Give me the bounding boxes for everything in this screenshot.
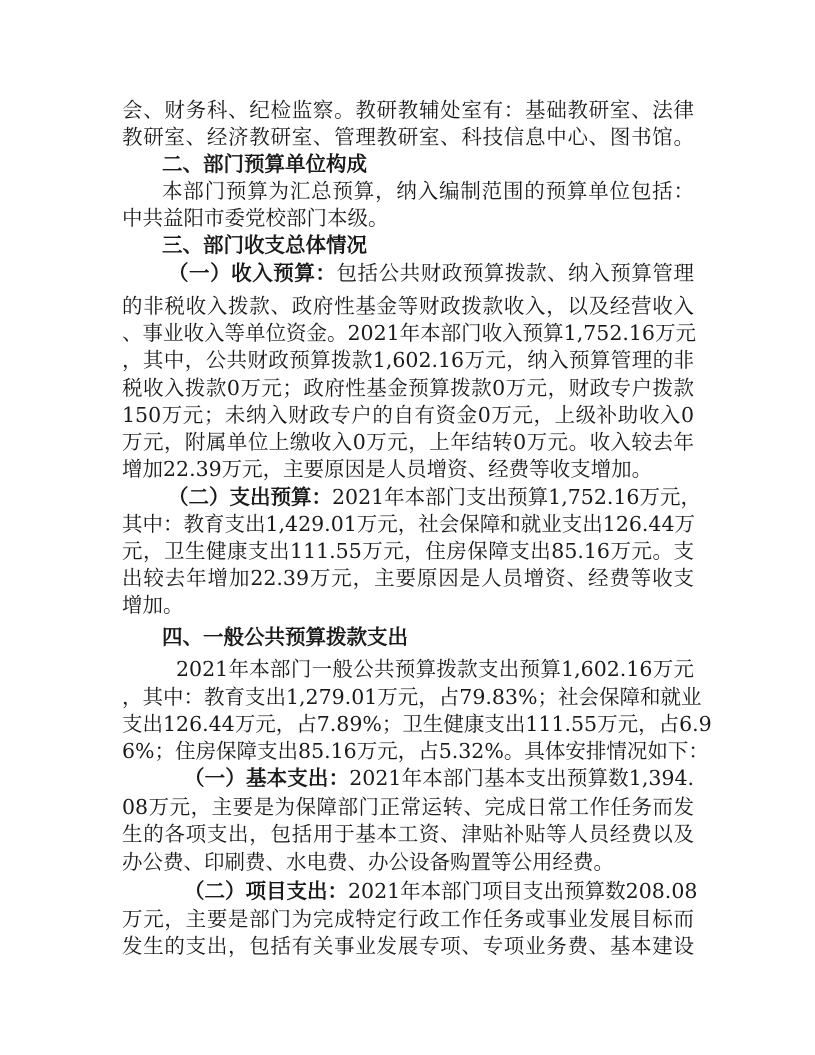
body-text-line: 本部门预算为汇总预算，纳入编制范围的预算单位包括：: [162, 178, 694, 205]
body-text-line: 教研室、经济教研室、管理教研室、科技信息中心、图书馆。: [122, 124, 694, 151]
paragraph-project-expenditure: （二）项目支出：2021年本部门项目支出预算数208.08: [184, 878, 694, 905]
subheading-basic-expenditure: （一）基本支出：: [184, 766, 349, 790]
body-text-line: 中共益阳市委党校部门本级。: [122, 205, 694, 232]
body-text-line: 万元，附属单位上缴收入0万元，上年结转0万元。收入较去年: [122, 429, 694, 456]
body-text: 2021年本部门支出预算1,752.16万元，: [332, 485, 701, 509]
document-page: 会、财务科、纪检监察。教研教辅处室有：基础教研室、法律 教研室、经济教研室、管理…: [0, 0, 815, 1055]
body-text-line: 6%；住房保障支出85.16万元，占5.32%。具体安排情况如下：: [122, 738, 694, 765]
paragraph-expenditure-budget: （二）支出预算：2021年本部门支出预算1,752.16万元，: [168, 484, 694, 511]
body-text-line: 增加。: [122, 592, 694, 619]
section-heading-2: 二、部门预算单位构成: [162, 151, 694, 178]
section-heading-3: 三、部门收支总体情况: [162, 232, 694, 259]
body-text-line: 出较去年增加22.39万元，主要原因是人员增资、经费等收支: [122, 565, 694, 592]
body-text-line: ，其中，公共财政预算拨款1,602.16万元，纳入预算管理的非: [122, 347, 694, 374]
body-text-line: 2021年本部门一般公共预算拨款支出预算1,602.16万元: [176, 656, 694, 683]
body-text-line: 、事业收入等单位资金。2021年本部门收入预算1,752.16万元: [122, 320, 694, 347]
body-text-line: 会、财务科、纪检监察。教研教辅处室有：基础教研室、法律: [122, 97, 694, 124]
body-text-line: 150万元；未纳入财政专户的自有资金0万元，上级补助收入0: [122, 402, 694, 429]
body-text-line: 元，卫生健康支出111.55万元，住房保障支出85.16万元。支: [122, 538, 694, 565]
body-text-line: 办公费、印刷费、水电费、办公设备购置等公用经费。: [122, 849, 694, 876]
body-text: 包括公共财政预算拨款、纳入预算管理: [337, 261, 695, 285]
body-text-line: 支出126.44万元，占7.89%；卫生健康支出111.55万元，占6.9: [122, 711, 694, 738]
body-text-line: ，其中：教育支出1,279.01万元，占79.83%；社会保障和就业: [122, 684, 694, 711]
subheading-project-expenditure: （二）项目支出：: [184, 879, 348, 903]
body-text-line: 其中：教育支出1,429.01万元，社会保障和就业支出126.44万: [122, 511, 694, 538]
body-text-line: 发生的支出，包括有关事业发展专项、专项业务费、基本建设: [122, 933, 694, 960]
body-text: 2021年本部门基本支出预算数1,394.: [349, 766, 694, 790]
body-text-line: 万元，主要是部门为完成特定行政工作任务或事业发展目标而: [122, 906, 694, 933]
body-text-line: 生的各项支出，包括用于基本工资、津贴补贴等人员经费以及: [122, 821, 694, 848]
paragraph-income-budget: （一）收入预算：包括公共财政预算拨款、纳入预算管理: [168, 260, 694, 287]
body-text-line: 的非税收入拨款、政府性基金等财政拨款收入，以及经营收入: [122, 293, 694, 320]
paragraph-basic-expenditure: （一）基本支出：2021年本部门基本支出预算数1,394.: [184, 765, 694, 792]
subheading-expenditure-budget: （二）支出预算：: [168, 485, 332, 509]
body-text-line: 税收入拨款0万元；政府性基金预算拨款0万元，财政专户拨款: [122, 375, 694, 402]
body-text-line: 增加22.39万元，主要原因是人员增资、经费等收支增加。: [122, 456, 694, 483]
body-text: 2021年本部门项目支出预算数208.08: [348, 879, 697, 903]
subheading-income-budget: （一）收入预算：: [168, 261, 337, 285]
section-heading-4: 四、一般公共预算拨款支出: [162, 624, 694, 651]
body-text-line: 08万元，主要是为保障部门正常运转、完成日常工作任务而发: [122, 794, 694, 821]
